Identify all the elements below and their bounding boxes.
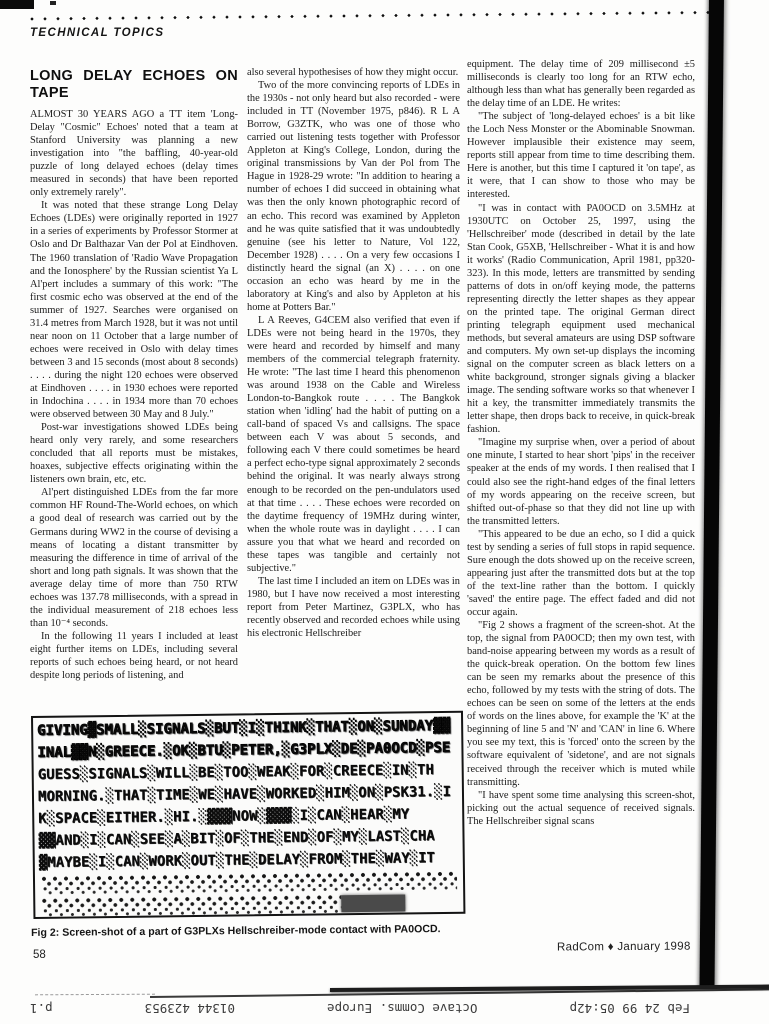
scan-speck-artifact — [50, 1, 56, 5]
article-column-3: equipment. The delay time of 209 millise… — [467, 58, 695, 828]
page-number: 58 — [33, 949, 46, 961]
figure-caption: Fig 2: Screen-shot of a part of G3PLXs H… — [31, 923, 471, 939]
paragraph: also several hypothesises of how they mi… — [247, 66, 460, 79]
article-column-2: also several hypothesises of how they mi… — [247, 66, 460, 640]
noise-smudge — [341, 894, 405, 912]
paragraph: ALMOST 30 YEARS AGO a TT item 'Long-Dela… — [30, 108, 238, 199]
scan-edge-bar — [699, 0, 724, 988]
hellschreiber-dots-row — [41, 892, 341, 918]
paragraph: Al'pert distinguished LDEs from the far … — [30, 486, 238, 630]
paragraph: "I was in contact with PA0OCD on 3.5MHz … — [467, 202, 695, 437]
paragraph: It was noted that these strange Long Del… — [30, 199, 238, 421]
fold-crease-dashes — [35, 994, 155, 996]
hellschreiber-dots-row — [41, 869, 457, 896]
fax-phone: 01344 423953 — [145, 1001, 235, 1016]
fax-page-number: p.1 — [30, 1001, 53, 1016]
section-kicker: TECHNICAL TOPICS — [30, 27, 164, 39]
scanned-magazine-page: TECHNICAL TOPICS LONG DELAY ECHOES ON TA… — [0, 0, 769, 1024]
paragraph: "Imagine my surprise when, over a period… — [467, 436, 695, 527]
paragraph: "Fig 2 shows a fragment of the screen-sh… — [467, 619, 695, 789]
scan-corner-artifact — [0, 0, 34, 9]
paragraph: Post-war investigations showed LDEs bein… — [30, 421, 238, 486]
paragraph: "The subject of 'long-delayed echoes' is… — [467, 110, 695, 201]
fax-header-upside-down: Feb 24 99 05:42p Octave Comms. Europe 01… — [30, 1001, 690, 1016]
paragraph: In the following 11 years I included at … — [30, 630, 238, 682]
article-title: LONG DELAY ECHOES ON TAPE — [30, 68, 238, 101]
paragraph: "I have spent some time analysing this s… — [467, 789, 695, 828]
figure-hellschreiber-screenshot: GIVING▓SMALL░SIGNALS░BUT░I░THINK░THAT░ON… — [31, 711, 465, 919]
dotted-divider — [30, 10, 712, 21]
fax-timestamp: Feb 24 99 05:42p — [570, 1001, 690, 1016]
magazine-footer: RadCom ♦ January 1998 — [557, 941, 691, 954]
paragraph: Two of the more convincing reports of LD… — [247, 79, 460, 314]
article-column-1: LONG DELAY ECHOES ON TAPE ALMOST 30 YEAR… — [30, 68, 238, 682]
paragraph: L A Reeves, G4CEM also verified that eve… — [247, 314, 460, 575]
fax-sender: Octave Comms. Europe — [327, 1001, 478, 1016]
paragraph: equipment. The delay time of 209 millise… — [467, 58, 695, 110]
paragraph: The last time I included an item on LDEs… — [247, 575, 460, 640]
paragraph: "This appeared to be due an echo, so I d… — [467, 528, 695, 619]
